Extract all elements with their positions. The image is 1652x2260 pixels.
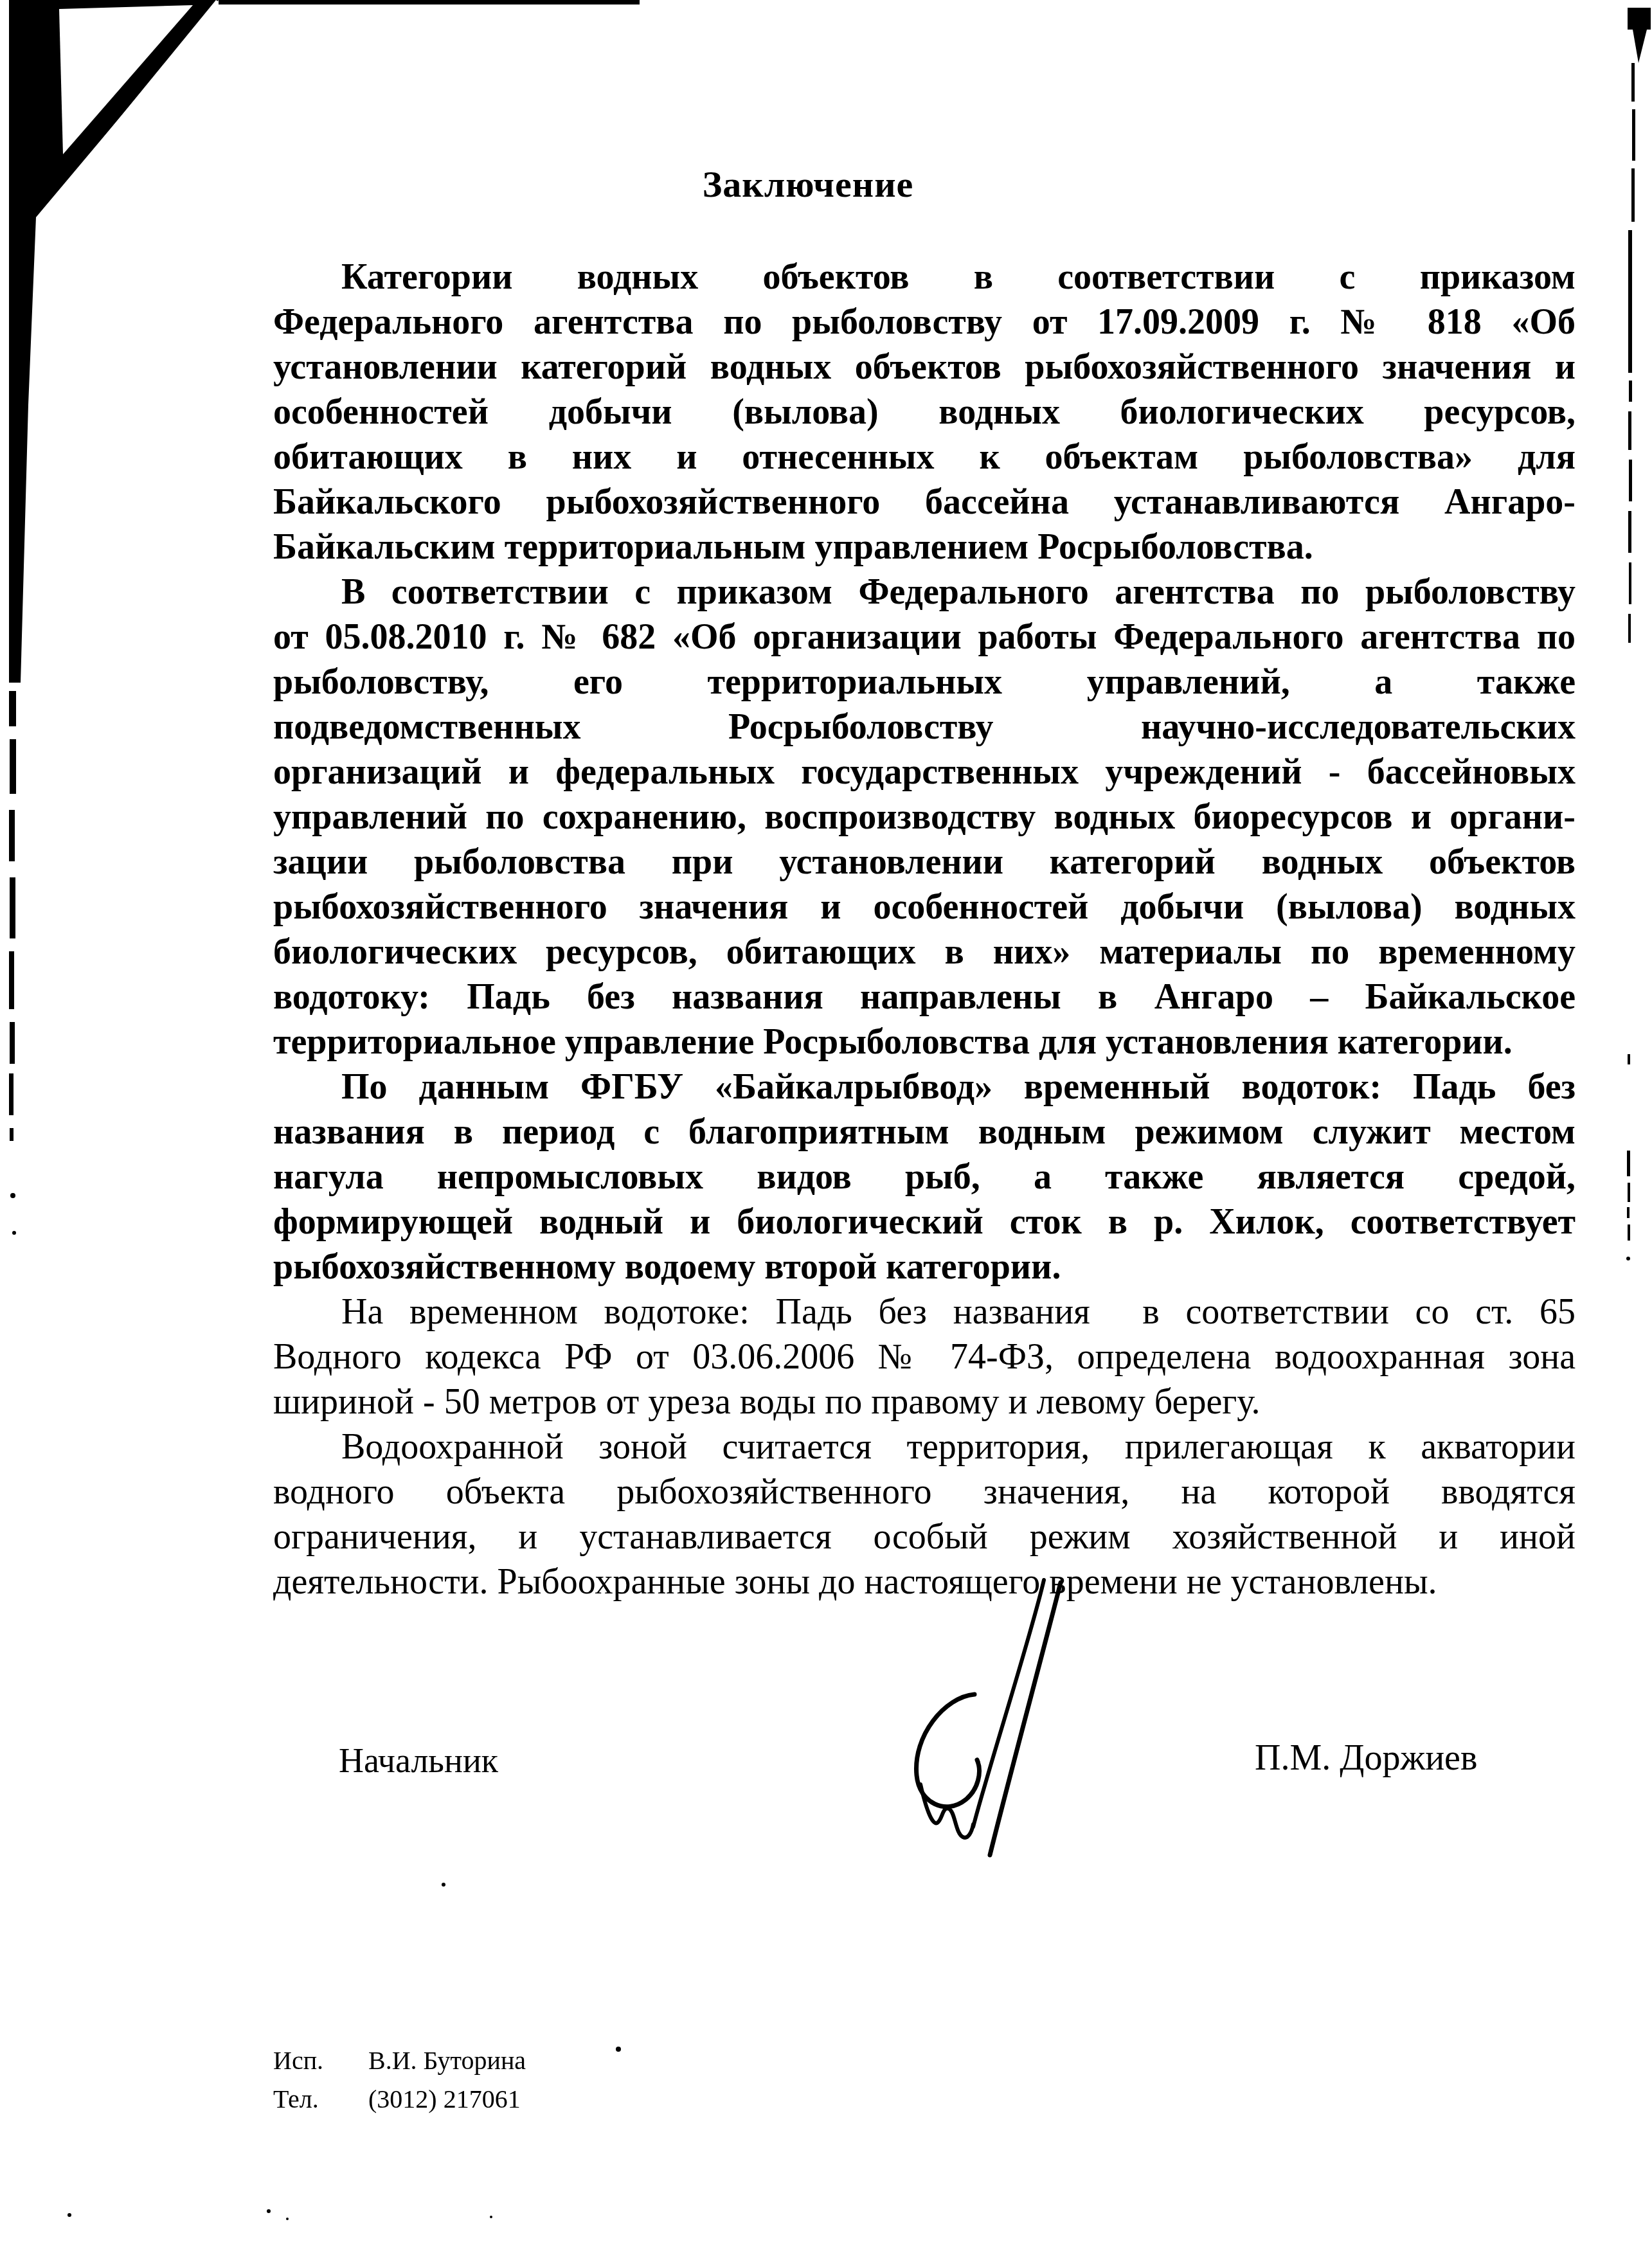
paragraph: Водоохранной зоной считается территория,…: [273, 1424, 1576, 1604]
phone-number: (3012) 217061: [368, 2085, 521, 2113]
text-line: установлении категорий водных объектов р…: [273, 345, 1576, 390]
text-line: территориальное управление Росрыболовств…: [273, 1019, 1576, 1064]
text-line: Водного кодекса РФ от 03.06.2006 № 74-ФЗ…: [273, 1334, 1576, 1379]
text-line: шириной - 50 метров от уреза воды по пра…: [273, 1379, 1576, 1424]
text-line: деятельности. Рыбоохранные зоны до насто…: [273, 1559, 1576, 1604]
text-line: формирующей водный и биологический сток …: [273, 1199, 1576, 1244]
signer-name: П.М. Доржиев: [1255, 1735, 1477, 1780]
scanned-document-page: Заключение Категории водных объектов в с…: [0, 0, 1652, 2260]
text-line: биологических ресурсов, обитающих в них»…: [273, 929, 1576, 974]
executor-row: Исп.В.И. Буторина: [273, 2041, 526, 2080]
document-body: Категории водных объектов в соответствии…: [273, 255, 1576, 1604]
document-title: Заключение: [0, 162, 1616, 207]
text-line: ограничения, и устанавливается особый ре…: [273, 1514, 1576, 1559]
handwritten-signature-icon: [887, 1562, 1080, 1870]
text-line: На временном водотоке: Падь без названия…: [273, 1289, 1576, 1334]
text-line: особенностей добычи (вылова) водных биол…: [273, 390, 1576, 435]
text-line: Байкальским территориальным управлением …: [273, 525, 1576, 569]
phone-row: Тел.(3012) 217061: [273, 2080, 526, 2119]
paragraph: Категории водных объектов в соответствии…: [273, 255, 1576, 569]
text-line: зации рыболовства при установлении катег…: [273, 839, 1576, 884]
text-line: рыбохозяйственному водоему второй катего…: [273, 1244, 1576, 1289]
text-line: рыбохозяйственного значения и особенност…: [273, 884, 1576, 929]
text-line: водного объекта рыбохозяйственного значе…: [273, 1469, 1576, 1514]
text-line: рыболовству, его территориальных управле…: [273, 659, 1576, 704]
paragraph: На временном водотоке: Падь без названия…: [273, 1289, 1576, 1424]
text-line: подведомственных Росрыболовству научно-и…: [273, 704, 1576, 749]
executor-name: В.И. Буторина: [368, 2046, 526, 2075]
text-line: названия в период с благоприятным водным…: [273, 1109, 1576, 1154]
paragraph: В соответствии с приказом Федерального а…: [273, 569, 1576, 1064]
text-line: нагула непромысловых видов рыб, а также …: [273, 1154, 1576, 1199]
executor-block: Исп.В.И. Буторина Тел.(3012) 217061: [273, 2041, 526, 2119]
text-line: Байкальского рыбохозяйственного бассейна…: [273, 480, 1576, 525]
text-line: организаций и федеральных государственны…: [273, 749, 1576, 794]
executor-label: Исп.: [273, 2041, 368, 2080]
paragraph: По данным ФГБУ «Байкалрыбвод» временный …: [273, 1064, 1576, 1289]
text-line: водотоку: Падь без названия направлены в…: [273, 974, 1576, 1019]
phone-label: Тел.: [273, 2080, 368, 2119]
text-line: управлений по сохранению, воспроизводств…: [273, 794, 1576, 839]
text-line: По данным ФГБУ «Байкалрыбвод» временный …: [273, 1064, 1576, 1109]
text-line: от 05.08.2010 г. № 682 «Об организации р…: [273, 614, 1576, 659]
text-line: обитающих в них и отнесенных к объектам …: [273, 435, 1576, 480]
signer-position-label: Начальник: [339, 1738, 498, 1783]
text-line: В соответствии с приказом Федерального а…: [273, 569, 1576, 614]
text-line: Водоохранной зоной считается территория,…: [273, 1424, 1576, 1469]
scan-artifact-top-right: [1626, 8, 1651, 1260]
text-line: Федерального агентства по рыболовству от…: [273, 300, 1576, 345]
text-line: Категории водных объектов в соответствии…: [273, 255, 1576, 300]
